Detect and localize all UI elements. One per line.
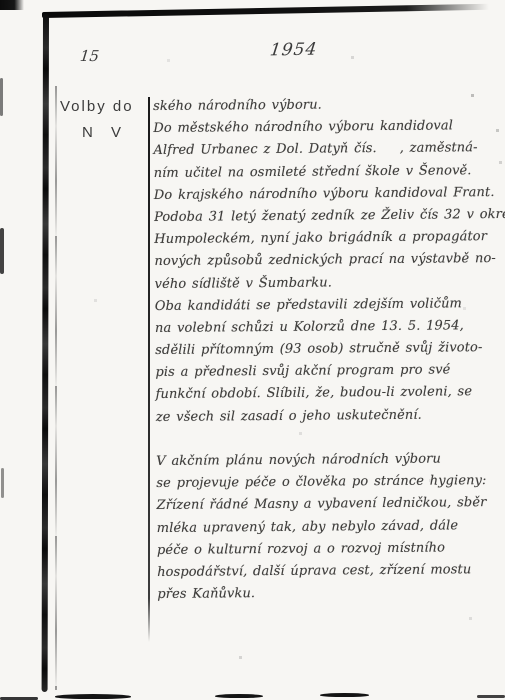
- year-heading: 1954: [269, 40, 319, 61]
- handwriting-line: Alfred Urbanec z Dol. Datyň čís. , zaměs…: [153, 137, 503, 162]
- handwriting-line: nových způsobů zednických prací na výsta…: [154, 248, 504, 273]
- handwriting-line: Do krajského národního výboru kandidoval…: [154, 182, 504, 207]
- handwriting-line: hospodářství, další úprava cest, zřízení…: [157, 559, 505, 584]
- handwriting-line: Do městského národního výboru kandidoval: [153, 115, 503, 140]
- handwriting-line: funkční období. Slíbili, že, budou-li zv…: [156, 381, 505, 406]
- margin-note: Volby do N V: [60, 98, 134, 141]
- bottom-edge-dash: [320, 693, 369, 697]
- scanned-chronicle-page: 15 1954 Volby do N V ského národního výb…: [0, 0, 505, 700]
- handwriting-line: Podoba 31 letý ženatý zedník ze Želiv čí…: [154, 204, 504, 229]
- scan-corner-mark: [0, 0, 24, 10]
- page-fold-line: [42, 14, 49, 692]
- page-number: 15: [79, 47, 100, 65]
- handwriting-line: Zřízení řádné Masny a vybavení ledničkou…: [156, 492, 505, 517]
- margin-rule-line: [148, 97, 150, 642]
- handwriting-line: V akčním plánu nových národních výboru: [156, 448, 505, 473]
- margin-note-line2: N V: [82, 124, 134, 141]
- left-edge-mark: [1, 468, 4, 498]
- scan-noise-speckles: [0, 0, 1, 1]
- handwriting-body: ského národního výboru.Do městského náro…: [153, 93, 505, 606]
- bottom-edge-dash: [55, 694, 131, 699]
- handwriting-line: péče o kulturní rozvoj a o rozvoj místní…: [157, 537, 505, 562]
- handwriting-line: vého sídliště v Šumbarku.: [155, 270, 505, 295]
- handwriting-line: ze všech sil zasadí o jeho uskutečnění.: [156, 404, 505, 429]
- handwriting-line: přes Kaňůvku.: [157, 581, 505, 606]
- handwriting-line: na volební schůzi u Kolorzů dne 13. 5. 1…: [155, 315, 505, 340]
- handwriting-line: ského národního výboru.: [153, 93, 503, 118]
- margin-note-line1: Volby do: [60, 98, 134, 115]
- handwriting-line: mléka upravený tak, aby nebylo závad, dá…: [157, 514, 505, 539]
- page-fold-line-secondary: [55, 86, 57, 690]
- page-top-edge-shadow: [42, 4, 498, 18]
- handwriting-line: pis a přednesli svůj akční program pro s…: [155, 359, 505, 384]
- bottom-edge-dash: [477, 695, 505, 698]
- bottom-edge-dash: [215, 694, 263, 698]
- handwriting-line: se projevuje péče o člověka po stránce h…: [156, 470, 505, 495]
- handwriting-line: [156, 426, 505, 451]
- handwriting-line: ním učitel na osmileté střední škole v Š…: [154, 160, 504, 185]
- handwriting-line: sdělili přítomným (93 osob) stručně svůj…: [155, 337, 505, 362]
- handwriting-line: Oba kandidáti se představili zdejším vol…: [155, 293, 505, 318]
- left-edge-mark: [0, 228, 4, 274]
- left-edge-mark: [0, 78, 3, 116]
- handwriting-line: Humpoleckém, nyní jako brigádník a propa…: [154, 226, 504, 251]
